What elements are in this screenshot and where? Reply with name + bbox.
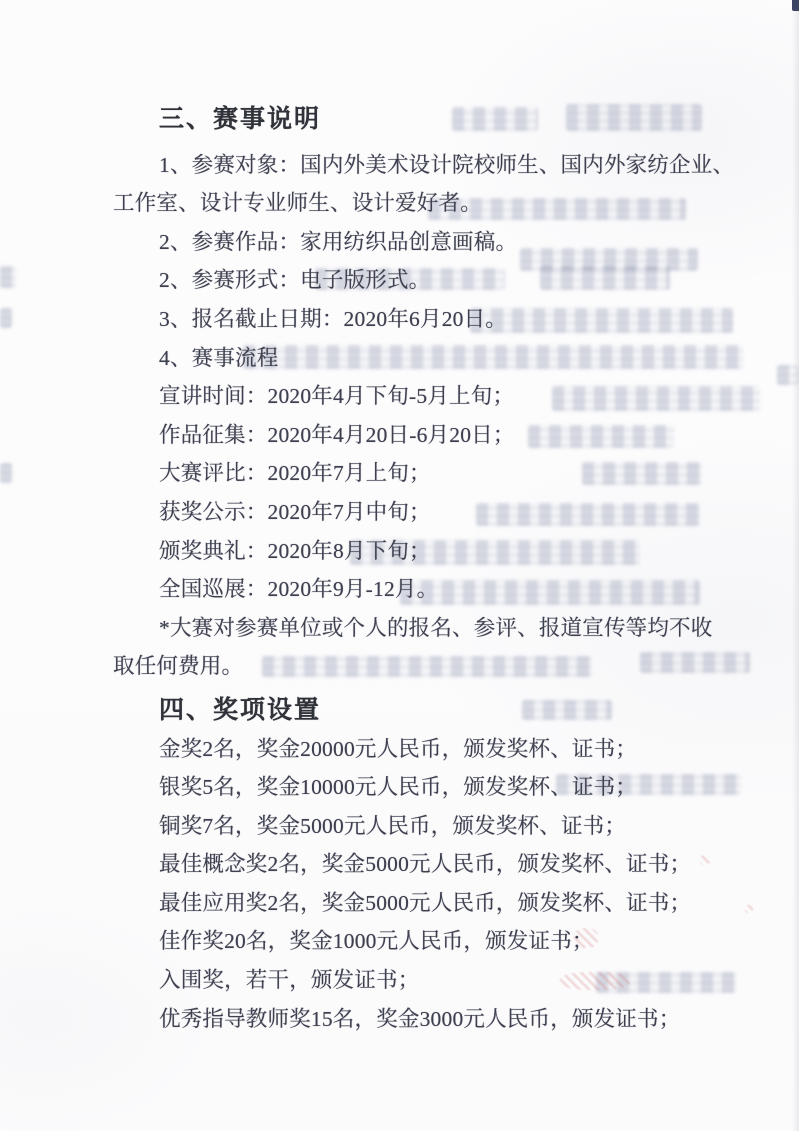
section-heading-awards: 四、奖项设置 <box>113 691 725 730</box>
text-line: 取任何费用。 <box>113 647 725 686</box>
text-line: 最佳概念奖2名，奖金5000元人民币，颁发奖杯、证书； <box>113 845 725 884</box>
bleedthrough-text-artifact <box>0 266 16 288</box>
text-line: 银奖5名，奖金10000元人民币，颁发奖杯、证书； <box>113 768 725 807</box>
text-line: 4、赛事流程 <box>113 339 725 378</box>
red-ink-speckle-artifact <box>745 905 753 913</box>
text-line: 优秀指导教师奖15名，奖金3000元人民币，颁发证书； <box>113 1000 725 1039</box>
text-line: 获奖公示：2020年7月中旬； <box>113 493 725 532</box>
text-line: 佳作奖20名，奖金1000元人民币，颁发证书； <box>113 922 725 961</box>
text-line: 大赛评比：2020年7月上旬； <box>113 454 725 493</box>
text-line: 颁奖典礼：2020年8月下旬； <box>113 532 725 571</box>
text-line: 金奖2名，奖金20000元人民币，颁发奖杯、证书； <box>113 730 725 769</box>
text-line: 3、报名截止日期：2020年6月20日。 <box>113 300 725 339</box>
document-text-block: 三、赛事说明 1、参赛对象：国内外美术设计院校师生、国内外家纺企业、 工作室、设… <box>113 100 725 1038</box>
text-line: 宣讲时间：2020年4月下旬-5月上旬； <box>113 377 725 416</box>
text-line: 2、参赛形式：电子版形式。 <box>113 261 725 300</box>
bleedthrough-text-artifact <box>0 308 12 328</box>
text-line: 铜奖7名，奖金5000元人民币，颁发奖杯、证书； <box>113 807 725 846</box>
bleedthrough-text-artifact <box>0 463 12 483</box>
text-line: *大赛对参赛单位或个人的报名、参评、报道宣传等均不收 <box>113 609 725 648</box>
scan-edge-shadow <box>792 0 799 1131</box>
section-heading-competition-description: 三、赛事说明 <box>113 100 725 139</box>
corner-scan-mark <box>792 0 799 11</box>
text-line: 入围奖，若干，颁发证书； <box>113 961 725 1000</box>
text-line: 作品征集：2020年4月20日-6月20日； <box>113 416 725 455</box>
text-line: 工作室、设计专业师生、设计爱好者。 <box>113 184 725 223</box>
text-line: 2、参赛作品：家用纺织品创意画稿。 <box>113 223 725 262</box>
scanned-document-page: 三、赛事说明 1、参赛对象：国内外美术设计院校师生、国内外家纺企业、 工作室、设… <box>0 0 799 1131</box>
text-line: 最佳应用奖2名，奖金5000元人民币，颁发奖杯、证书； <box>113 884 725 923</box>
text-line: 1、参赛对象：国内外美术设计院校师生、国内外家纺企业、 <box>113 146 725 185</box>
text-line: 全国巡展：2020年9月-12月。 <box>113 570 725 609</box>
